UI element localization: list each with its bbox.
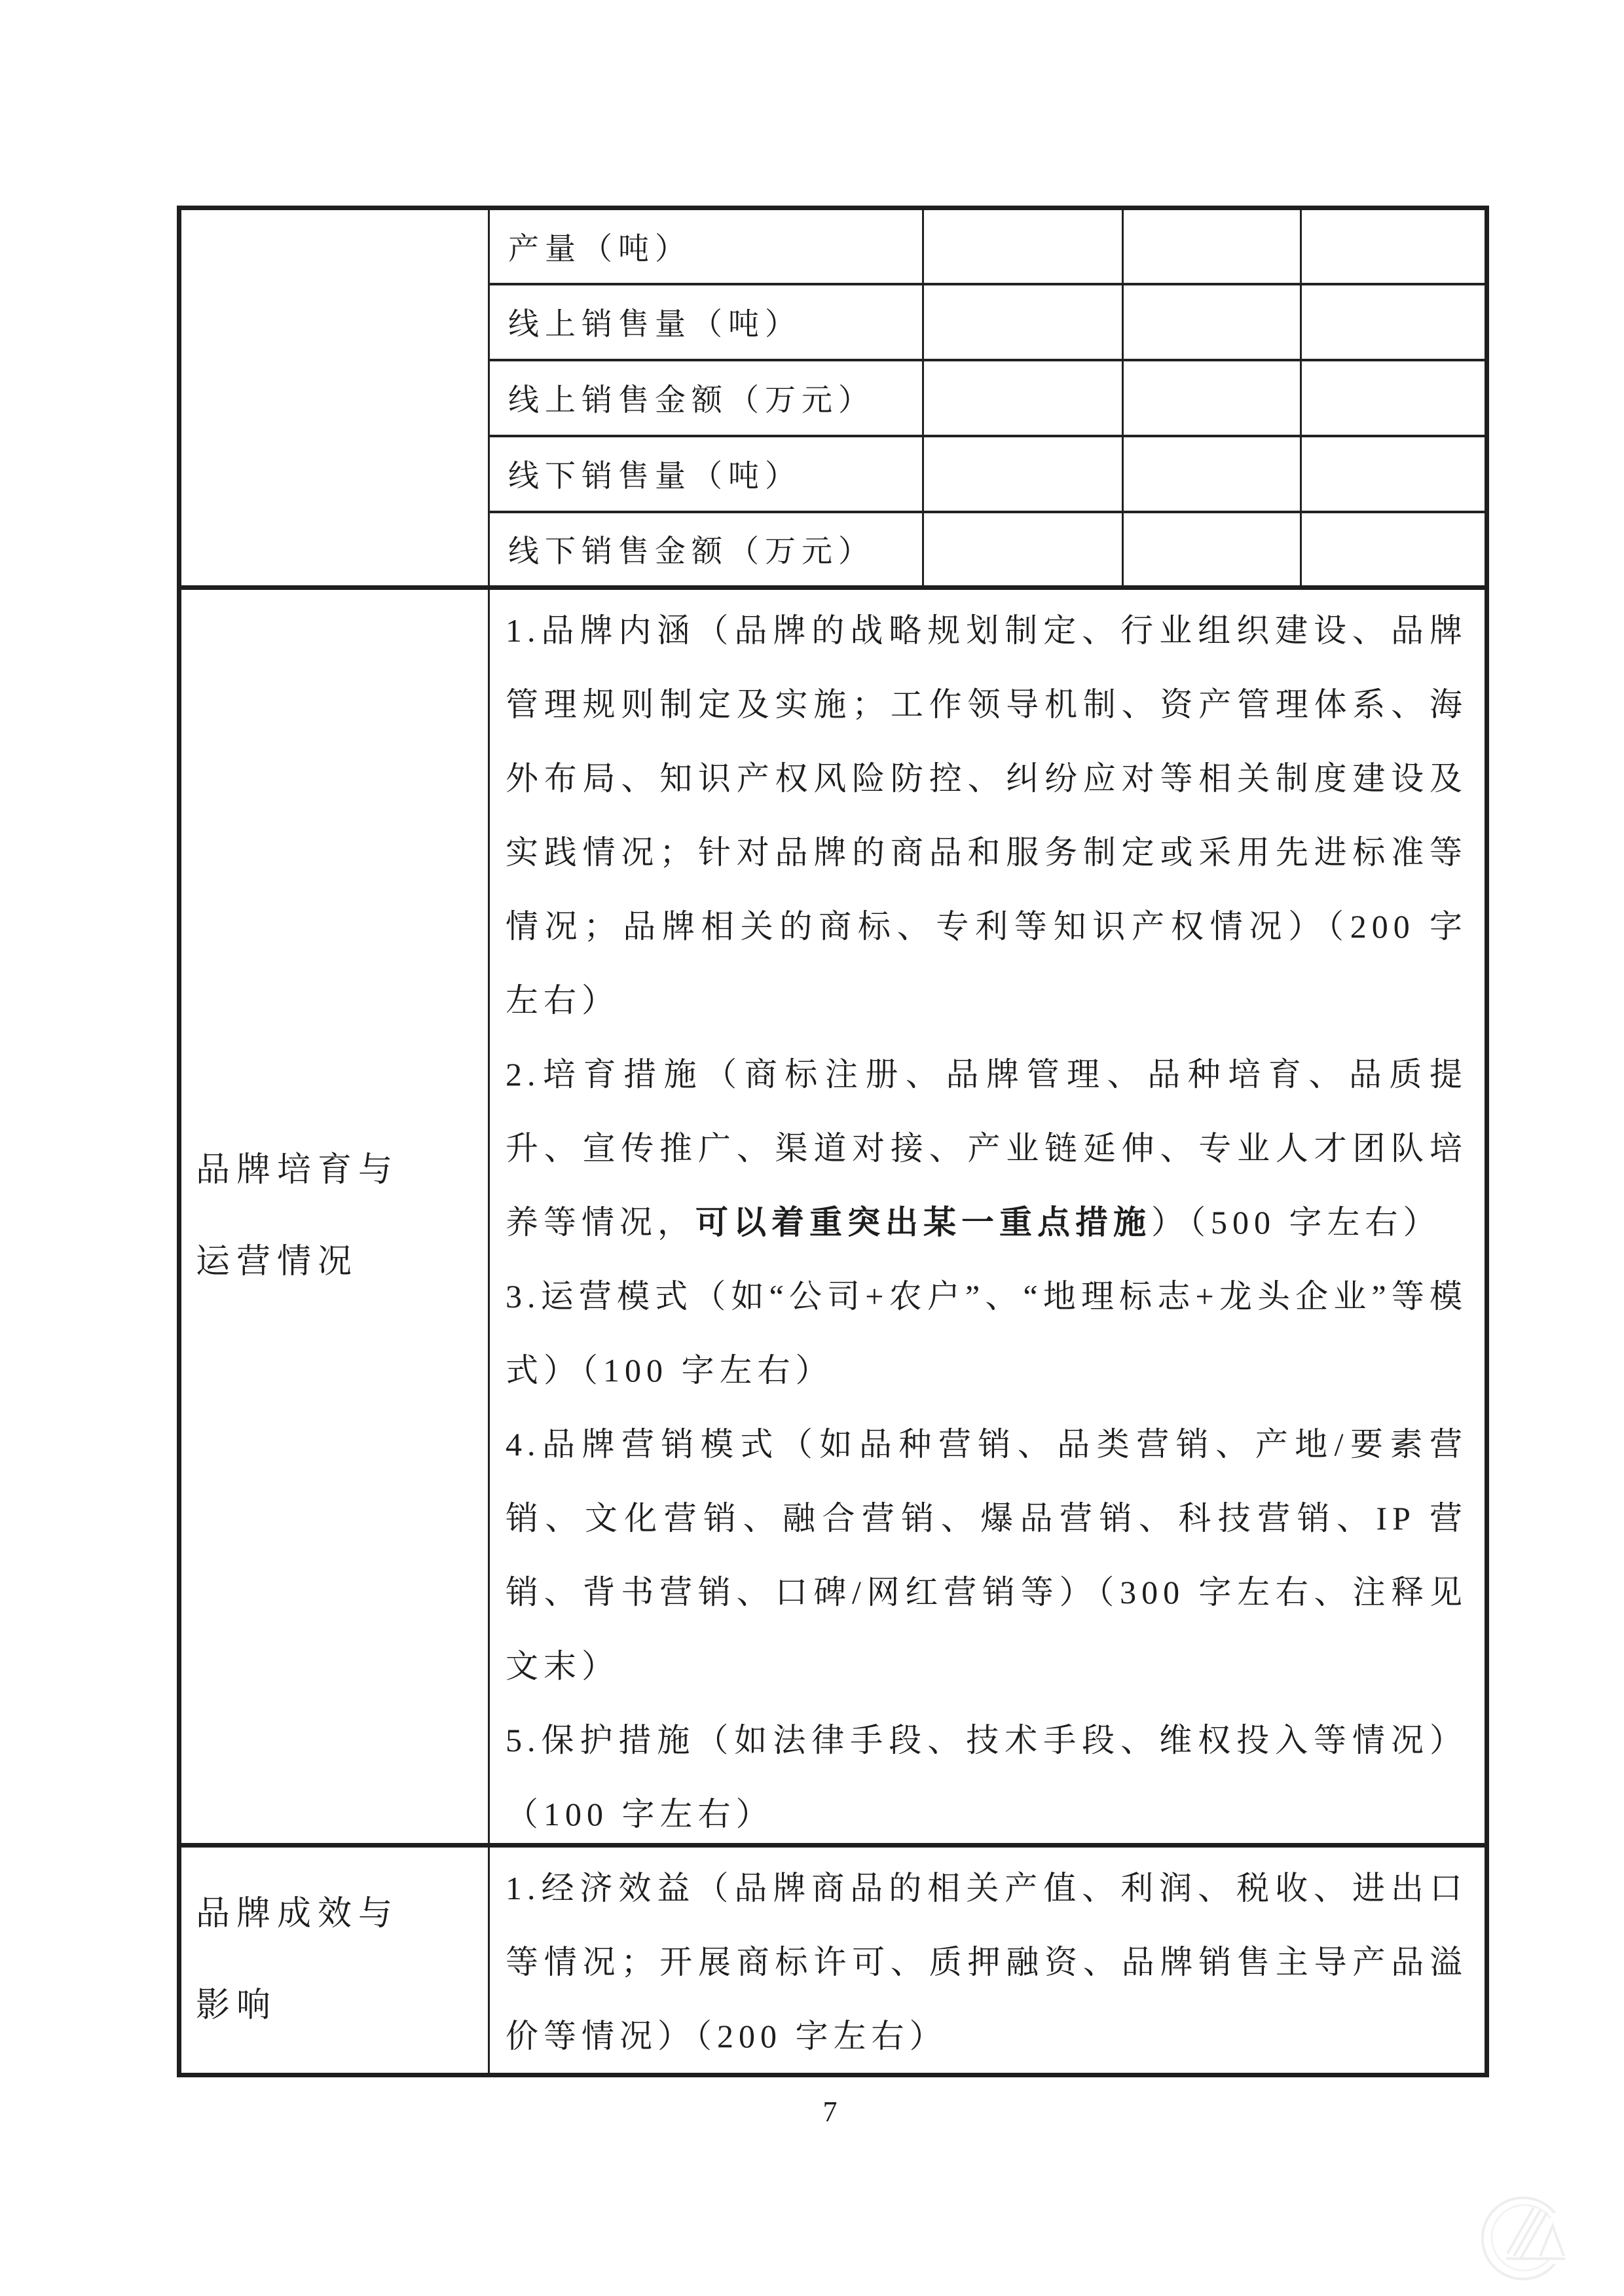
form-item-protection-measures: 5.保护措施（如法律手段、技术手段、维权投入等情况）（100 字左右）	[506, 1704, 1467, 1838]
empty-value-cell	[1123, 360, 1301, 436]
empty-value-cell	[1123, 436, 1301, 512]
form-item-cultivation-measures: 2.培育措施（商标注册、品牌管理、品种培育、品质提升、宣传推广、渠道对接、产业链…	[506, 1038, 1467, 1260]
empty-value-cell	[1301, 208, 1487, 284]
form-item-marketing-mode: 4.品牌营销模式（如品种营销、品类营销、产地/要素营销、文化营销、融合营销、爆品…	[506, 1408, 1467, 1704]
empty-value-cell	[1123, 284, 1301, 360]
section-label-line: 品牌成效与	[196, 1868, 488, 1960]
empty-value-cell	[1301, 360, 1487, 436]
section-label-line: 影响	[196, 1960, 488, 2052]
metric-label: 线下销售量（吨）	[489, 436, 923, 512]
page-number: 7	[177, 2095, 1485, 2128]
section-label-cultivation: 品牌培育与 运营情况	[179, 588, 489, 1846]
metric-label: 线上销售金额（万元）	[489, 360, 923, 436]
empty-value-cell	[1123, 208, 1301, 284]
empty-value-cell	[923, 512, 1123, 588]
table-row: 产量（吨）	[179, 208, 1487, 284]
empty-value-cell	[1301, 512, 1487, 588]
merged-stub-cell	[179, 208, 489, 588]
item-text-post: ）（500 字左右）	[1151, 1204, 1441, 1241]
form-table: 产量（吨） 线上销售量（吨） 线上销售金额（万元） 线下销售量（吨） 线下销售金…	[177, 206, 1489, 2077]
empty-value-cell	[923, 436, 1123, 512]
section-label-impact: 品牌成效与 影响	[179, 1846, 489, 2075]
document-page: { "page": { "number": "7" }, "colors": {…	[0, 0, 1624, 2296]
watermark-logo	[1475, 2188, 1574, 2287]
empty-value-cell	[1301, 436, 1487, 512]
metric-label: 产量（吨）	[489, 208, 923, 284]
empty-value-cell	[923, 360, 1123, 436]
impact-content: 1.经济效益（品牌商品的相关产值、利润、税收、进出口等情况；开展商标许可、质押融…	[506, 1851, 1467, 2073]
emphasis-text: 可以着重突出某一重点措施	[695, 1204, 1151, 1241]
cultivation-content-cell: 1.品牌内涵（品牌的战略规划制定、行业组织建设、品牌管理规则制定及实施；工作领导…	[489, 588, 1487, 1846]
form-item-operation-mode: 3.运营模式（如“公司+农户”、“地理标志+龙头企业”等模式）（100 字左右）	[506, 1260, 1467, 1408]
impact-content-cell: 1.经济效益（品牌商品的相关产值、利润、税收、进出口等情况；开展商标许可、质押融…	[489, 1846, 1487, 2075]
form-item-brand-connotation: 1.品牌内涵（品牌的战略规划制定、行业组织建设、品牌管理规则制定及实施；工作领导…	[506, 594, 1467, 1038]
empty-value-cell	[1123, 512, 1301, 588]
form-item-economic-benefit: 1.经济效益（品牌商品的相关产值、利润、税收、进出口等情况；开展商标许可、质押融…	[506, 1851, 1467, 2073]
cultivation-section-row: 品牌培育与 运营情况 1.品牌内涵（品牌的战略规划制定、行业组织建设、品牌管理规…	[179, 588, 1487, 1846]
cultivation-content: 1.品牌内涵（品牌的战略规划制定、行业组织建设、品牌管理规则制定及实施；工作领导…	[506, 594, 1467, 1838]
metric-label: 线下销售金额（万元）	[489, 512, 923, 588]
empty-value-cell	[923, 284, 1123, 360]
empty-value-cell	[1301, 284, 1487, 360]
section-label-line: 运营情况	[196, 1216, 488, 1308]
metric-label: 线上销售量（吨）	[489, 284, 923, 360]
impact-section-row: 品牌成效与 影响 1.经济效益（品牌商品的相关产值、利润、税收、进出口等情况；开…	[179, 1846, 1487, 2075]
section-label-line: 品牌培育与	[196, 1125, 488, 1216]
empty-value-cell	[923, 208, 1123, 284]
